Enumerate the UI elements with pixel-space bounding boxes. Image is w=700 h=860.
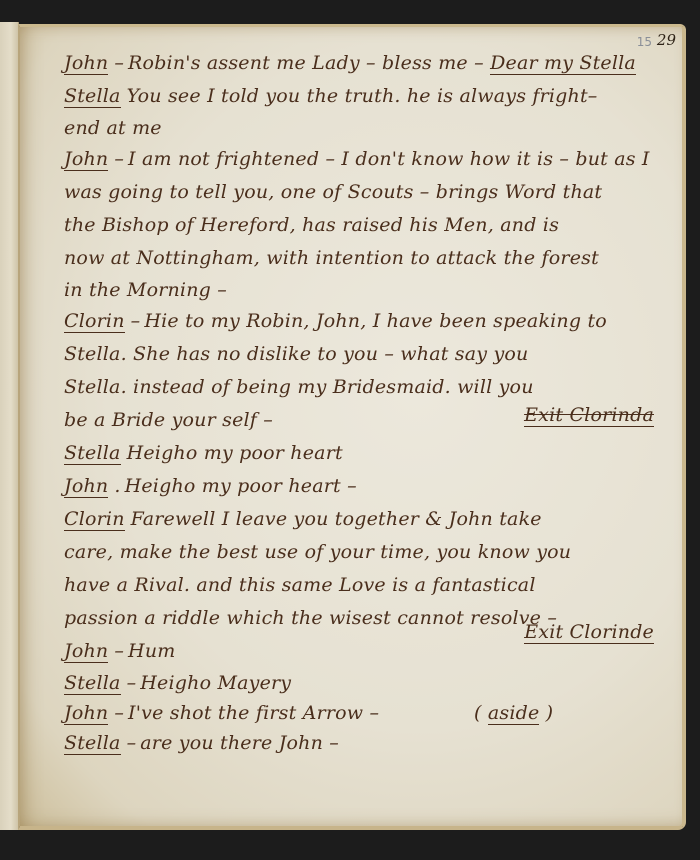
line-text: Heigho my poor heart <box>127 442 343 464</box>
line-1: John–Robin's assent me Lady – bless me –… <box>64 47 674 80</box>
line-5: was going to tell you, one of Scouts – b… <box>64 176 674 209</box>
line-text: Farewell I leave you together & John tak… <box>131 508 542 530</box>
binding-strip <box>0 22 19 830</box>
line-15: ClorinFarewell I leave you together & Jo… <box>64 503 674 536</box>
speaker-name: John <box>64 702 108 725</box>
line-9: Clorin–Hie to my Robin, John, I have bee… <box>64 305 674 338</box>
line-text: end at me <box>64 117 162 139</box>
line-text: Stella. She has no dislike to you – what… <box>64 343 528 365</box>
speaker-dash: – <box>127 732 137 754</box>
speaker-dash: – <box>114 702 124 724</box>
aside-direction: ( aside ) <box>474 698 553 728</box>
line-14: John.Heigho my poor heart – <box>64 470 674 503</box>
dialogue-lines: John–Robin's assent me Lady – bless me –… <box>64 47 674 758</box>
line-text: be a Bride your self – <box>64 409 273 431</box>
line-text: I've shot the first Arrow – <box>128 702 379 724</box>
manuscript-scan: 15 29 John–Robin's assent me Lady – bles… <box>0 0 700 860</box>
line-16: care, make the best use of your time, yo… <box>64 536 674 569</box>
line-text: passion a riddle which the wisest cannot… <box>64 607 557 629</box>
line-19: John–Hum Exit Clorinde <box>64 635 674 668</box>
line-text: are you there John – <box>140 732 339 754</box>
manuscript-page: 15 29 John–Robin's assent me Lady – bles… <box>18 24 686 830</box>
speaker-name: John <box>64 475 108 498</box>
line-21: John–I've shot the first Arrow – ( aside… <box>64 698 674 728</box>
speaker-name: John <box>64 640 108 663</box>
line-text: have a Rival. and this same Love is a fa… <box>64 574 536 596</box>
line-11: Stella. instead of being my Bridesmaid. … <box>64 371 674 404</box>
line-12: be a Bride your self – Exit Clorinda <box>64 404 674 437</box>
line-text: Heigho Mayery <box>140 672 291 694</box>
line-22: Stella–are you there John – <box>64 728 674 758</box>
line-3: end at me <box>64 113 674 143</box>
speaker-name: Stella <box>64 732 121 755</box>
line-text: now at Nottingham, with intention to att… <box>64 247 599 269</box>
speaker-dash: – <box>114 148 124 170</box>
line-text: was going to tell you, one of Scouts – b… <box>64 181 602 203</box>
speaker-dash: – <box>114 640 124 662</box>
speaker-dash: . <box>114 475 120 497</box>
line-text: the Bishop of Hereford, has raised his M… <box>64 214 559 236</box>
speaker-dash: – <box>131 310 141 332</box>
line-17: have a Rival. and this same Love is a fa… <box>64 569 674 602</box>
line-text: Heigho my poor heart – <box>125 475 357 497</box>
line-13: StellaHeigho my poor heart <box>64 437 674 470</box>
line-text: care, make the best use of your time, yo… <box>64 541 571 563</box>
stage-direction-struck: Exit Clorinda <box>524 404 654 427</box>
line-8: in the Morning – <box>64 275 674 305</box>
speaker-name: Clorin <box>64 310 125 333</box>
line-7: now at Nottingham, with intention to att… <box>64 242 674 275</box>
line-text: in the Morning – <box>64 279 227 301</box>
speaker-name: Stella <box>64 672 121 695</box>
speaker-name: Stella <box>64 85 121 108</box>
line-text: Robin's assent me Lady – bless me – <box>128 52 490 74</box>
speaker-dash: – <box>114 52 124 74</box>
speaker-name: John <box>64 148 108 171</box>
line-10: Stella. She has no dislike to you – what… <box>64 338 674 371</box>
speaker-name: Clorin <box>64 508 125 531</box>
line-text: You see I told you the truth. he is alwa… <box>127 85 598 107</box>
line-text: Hum <box>128 640 175 662</box>
line-text: I am not frightened – I don't know how i… <box>128 148 650 170</box>
underlined-phrase: Dear my Stella <box>490 52 636 75</box>
stage-direction: Exit Clorinde <box>524 621 654 644</box>
speaker-name: Stella <box>64 442 121 465</box>
line-6: the Bishop of Hereford, has raised his M… <box>64 209 674 242</box>
line-20: Stella–Heigho Mayery <box>64 668 674 698</box>
line-2: StellaYou see I told you the truth. he i… <box>64 80 674 113</box>
line-text: Hie to my Robin, John, I have been speak… <box>144 310 607 332</box>
speaker-name: John <box>64 52 108 75</box>
speaker-dash: – <box>127 672 137 694</box>
line-text: Stella. instead of being my Bridesmaid. … <box>64 376 534 398</box>
aside-word: aside <box>488 702 540 725</box>
line-4: John–I am not frightened – I don't know … <box>64 143 674 176</box>
